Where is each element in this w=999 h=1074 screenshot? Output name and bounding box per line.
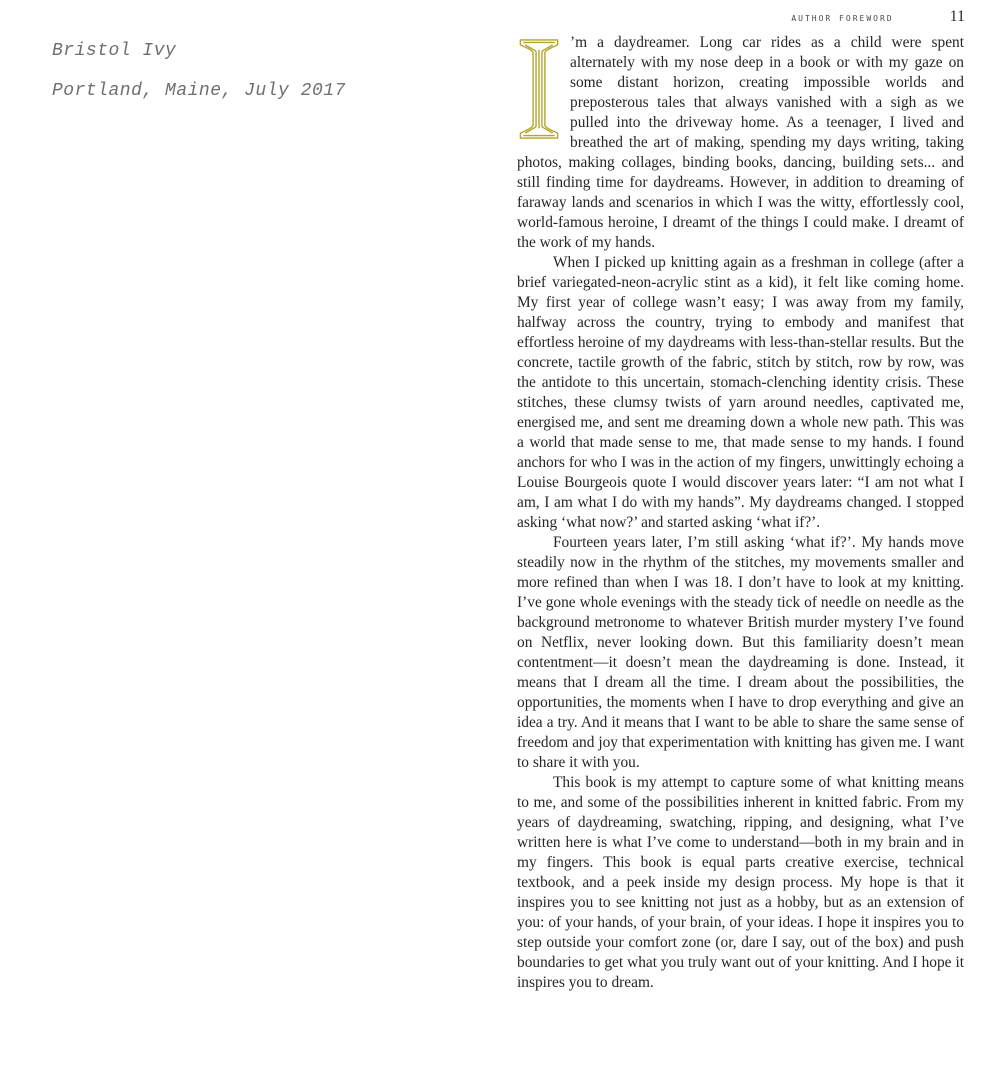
- foreword-paragraph: ’m a daydreamer. Long car rides as a chi…: [517, 33, 964, 253]
- paragraph-text: When I picked up knitting again as a fre…: [517, 254, 964, 531]
- running-header: AUTHOR FOREWORD 11: [791, 8, 965, 26]
- paragraph-text: ’m a daydreamer. Long car rides as a chi…: [517, 34, 964, 251]
- author-place-date: Portland, Maine, July 2017: [52, 76, 346, 106]
- author-signature: Bristol Ivy Portland, Maine, July 2017: [52, 36, 346, 106]
- author-name: Bristol Ivy: [52, 36, 346, 66]
- paragraph-text: Fourteen years later, I’m still asking ‘…: [517, 534, 964, 771]
- page-number: 11: [950, 8, 965, 26]
- book-page: AUTHOR FOREWORD 11 Bristol Ivy Portland,…: [0, 0, 999, 1074]
- drop-cap-initial-I: [517, 38, 561, 140]
- foreword-paragraph: Fourteen years later, I’m still asking ‘…: [517, 533, 964, 773]
- section-label: AUTHOR FOREWORD: [791, 14, 893, 25]
- foreword-paragraph: This book is my attempt to capture some …: [517, 773, 964, 993]
- foreword-paragraph: When I picked up knitting again as a fre…: [517, 253, 964, 533]
- paragraph-text: This book is my attempt to capture some …: [517, 774, 964, 991]
- foreword-text: ’m a daydreamer. Long car rides as a chi…: [517, 33, 964, 993]
